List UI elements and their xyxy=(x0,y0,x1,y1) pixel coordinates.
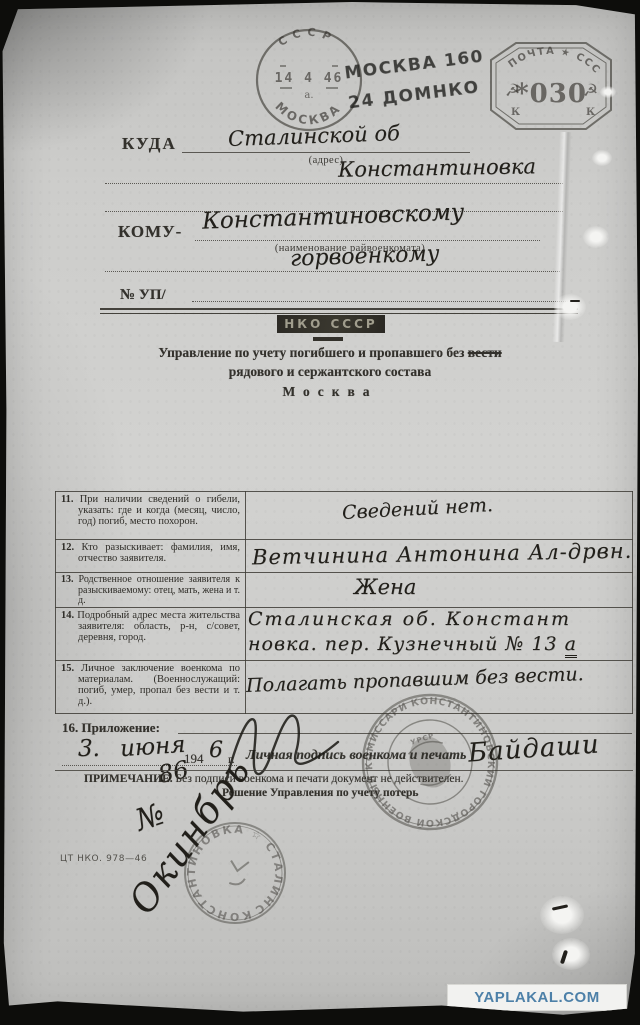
row-number: 12. xyxy=(61,542,74,553)
paper-tear xyxy=(570,300,580,302)
kuda-line xyxy=(182,152,470,153)
damage-spot xyxy=(583,226,609,248)
row-question: Кто разыскивает: фамилия, имя, отчество … xyxy=(78,542,240,564)
komu-label: КОМУ- xyxy=(118,222,182,242)
damage-spot xyxy=(600,86,616,98)
komu-value: Константиновскому xyxy=(202,199,465,234)
document-scan: СССР МОСКВА 14 4 46 а. МОСКВА 160 24 ДОМ… xyxy=(0,0,640,1025)
form-code: ЦТ НКО. 978—46 xyxy=(60,854,147,864)
date-day: 3. xyxy=(78,736,100,762)
meter-stamp-icon: ПОЧТА ★ СССР ☭ ☭ *030 К К xyxy=(488,40,614,132)
nko-overprint-stamp: НКО СССР xyxy=(277,315,385,333)
damage-spot xyxy=(592,150,612,166)
meter-header: ПОЧТА ★ СССР xyxy=(488,40,603,76)
scrawl-mark: № xyxy=(131,796,169,838)
row-answer: Сталинская об. Констант xyxy=(248,608,571,630)
inquiry-table: 11. При наличии сведений о гибели, указа… xyxy=(55,491,633,714)
org-line1: Управление по учету погибшего и пропавше… xyxy=(85,345,575,361)
meter-letter-left: К xyxy=(511,107,520,118)
military-commissariat-stamp-icon: КОНСТАНТИНОВСКИЙ ГОРОДСКОЙ ВОЕННЫЙ КОМИС… xyxy=(356,688,504,836)
separator-dash xyxy=(313,337,343,341)
row-answer: Ветчинина Антонина Ал-дрвн. xyxy=(252,540,633,570)
table-row: 14. Подробный адрес места жительства зая… xyxy=(56,607,633,660)
site-watermark: YAPLAKAL.COM xyxy=(447,984,627,1011)
double-rule xyxy=(100,308,578,314)
kuda-line2 xyxy=(105,183,563,184)
row-number: 13. xyxy=(61,574,74,585)
damage-spot xyxy=(540,896,584,934)
footer-rule xyxy=(55,770,633,771)
kuda-value2: Константиновка xyxy=(338,154,536,181)
org-city: Москва xyxy=(85,384,575,400)
komu-line xyxy=(195,240,540,241)
meter-value: *030 xyxy=(515,79,587,109)
kuda-value: Сталинской об xyxy=(228,121,401,151)
svg-text:ПОЧТА ★ СССР: ПОЧТА ★ СССР xyxy=(488,40,603,76)
postmark-letter: а. xyxy=(304,90,313,101)
row-question: При наличии сведений о гибели, указать: … xyxy=(78,494,240,527)
row-answer: Сведений нет. xyxy=(342,494,494,524)
komu-line2 xyxy=(105,271,560,272)
org-line1-struck-word: вести xyxy=(468,345,502,360)
damage-spot xyxy=(554,294,586,320)
komu-value2: горвоенкому xyxy=(290,241,440,271)
row-answer: Жена xyxy=(354,575,416,599)
meter-letter-right: К xyxy=(586,107,595,118)
damage-spot xyxy=(552,938,590,970)
table-row: 11. При наличии сведений о гибели, указа… xyxy=(56,492,633,540)
row-answer-line2: новка. пер. Кузнечный № 13 а xyxy=(248,633,577,655)
kuda-label: КУДА xyxy=(122,134,177,154)
table-row: 15. Личное заключение военкома по матери… xyxy=(56,660,633,713)
up-number-line xyxy=(192,301,570,302)
row-question: Подробный адрес места жительства заявите… xyxy=(77,610,240,643)
table-row: 12. Кто разыскивает: фамилия, имя, отчес… xyxy=(56,540,633,573)
row-number: 14. xyxy=(61,610,74,621)
note-title: ПРИМЕЧАНИЕ. xyxy=(84,773,173,785)
org-line2: рядового и сержантского состава xyxy=(85,364,575,380)
postmark-date: 14 4 46 xyxy=(275,71,344,86)
row-number: 11. xyxy=(61,494,74,505)
row-question: Личное заключение военкома по материалам… xyxy=(78,663,240,707)
row-number: 15. xyxy=(61,663,74,674)
row-question: Родственное отношение заявителя к разыск… xyxy=(78,574,240,606)
underlined-letter: а xyxy=(565,633,577,658)
table-row: 13. Родственное отношение заявителя к ра… xyxy=(56,573,633,608)
up-number-label: № УП/ xyxy=(120,287,166,304)
